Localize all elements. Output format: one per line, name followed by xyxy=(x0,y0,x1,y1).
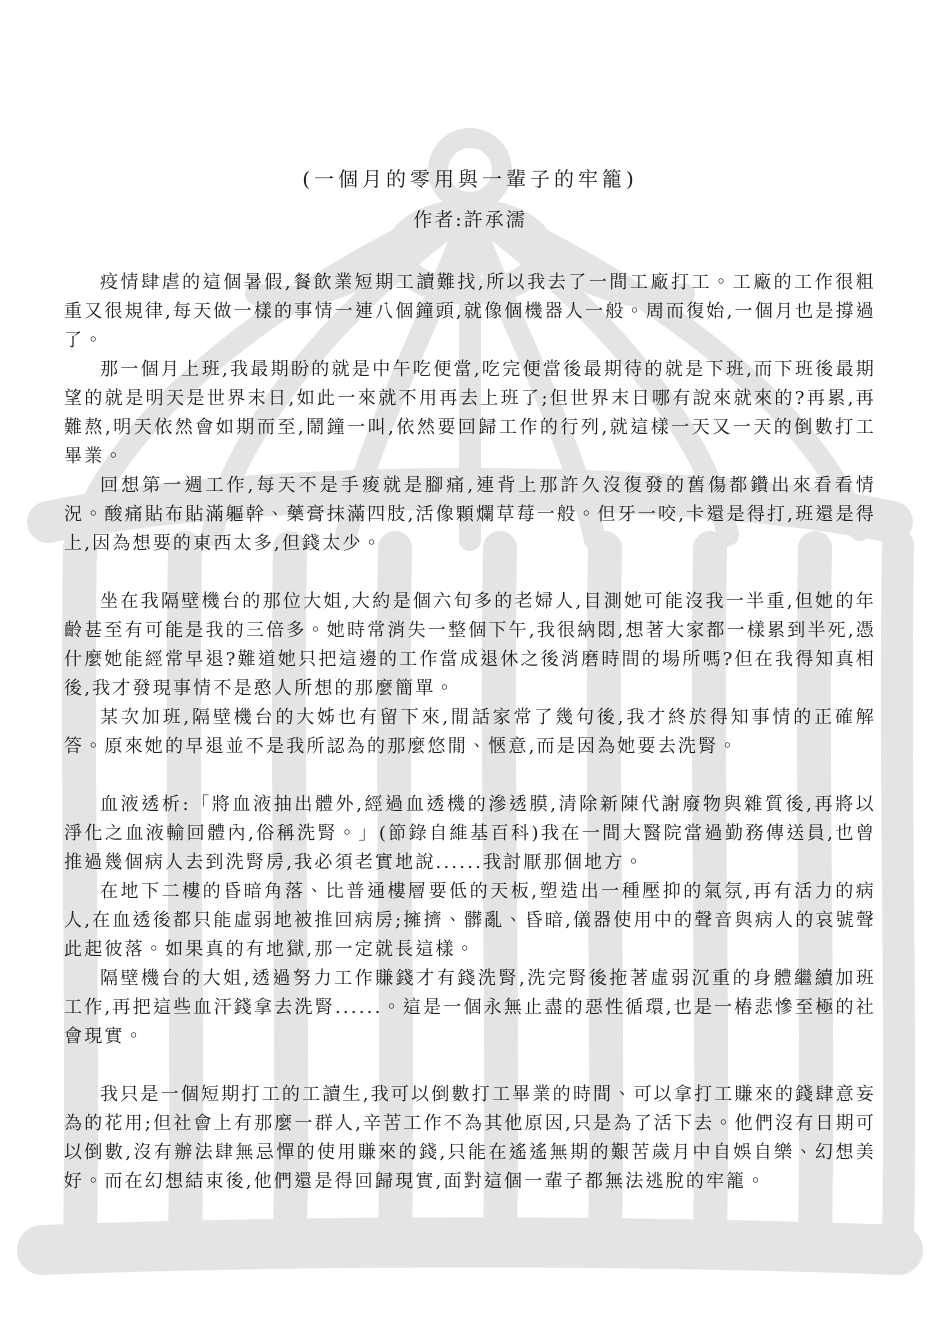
essay-paragraph: 回想第一週工作,每天不是手痠就是腳痛,連背上那許久沒復發的舊傷都鑽出來看看情況。… xyxy=(64,471,876,558)
essay-paragraph: 那一個月上班,我最期盼的就是中午吃便當,吃完便當後最期待的就是下班,而下班後最期… xyxy=(64,355,876,471)
essay-section: 血液透析:「將血液抽出體外,經過血透機的滲透膜,清除新陳代謝廢物與雜質後,再將以… xyxy=(64,790,876,1051)
essay-paragraph: 坐在我隔壁機台的那位大姐,大約是個六旬多的老婦人,目測她可能沒我一半重,但她的年… xyxy=(64,587,876,703)
page-title: (一個月的零用與一輩子的牢籠) xyxy=(64,163,876,192)
essay-paragraph: 隔壁機台的大姐,透過努力工作賺錢才有錢洗腎,洗完腎後拖著虛弱沉重的身體繼續加班工… xyxy=(64,964,876,1051)
essay-paragraph: 疫情肆虐的這個暑假,餐飲業短期工讀難找,所以我去了一間工廠打工。工廠的工作很粗重… xyxy=(64,268,876,355)
essay-content: (一個月的零用與一輩子的牢籠) 作者:許承濡 疫情肆虐的這個暑假,餐飲業短期工讀… xyxy=(0,0,940,1196)
essay-paragraph: 血液透析:「將血液抽出體外,經過血透機的滲透膜,清除新陳代謝廢物與雜質後,再將以… xyxy=(64,790,876,877)
essay-section: 我只是一個短期打工的工讀生,我可以倒數打工畢業的時間、可以拿打工賺來的錢肆意妄為… xyxy=(64,1080,876,1196)
essay-paragraph: 某次加班,隔壁機台的大姊也有留下來,閒話家常了幾句後,我才終於得知事情的正確解答… xyxy=(64,703,876,761)
essay-section: 疫情肆虐的這個暑假,餐飲業短期工讀難找,所以我去了一間工廠打工。工廠的工作很粗重… xyxy=(64,268,876,558)
document-page: (一個月的零用與一輩子的牢籠) 作者:許承濡 疫情肆虐的這個暑假,餐飲業短期工讀… xyxy=(0,0,940,1340)
essay-paragraph: 我只是一個短期打工的工讀生,我可以倒數打工畢業的時間、可以拿打工賺來的錢肆意妄為… xyxy=(64,1080,876,1196)
essay-paragraph: 在地下二樓的昏暗角落、比普通樓層要低的天板,塑造出一種壓抑的氣氛,再有活力的病人… xyxy=(64,877,876,964)
author-line: 作者:許承濡 xyxy=(64,205,876,232)
essay-section: 坐在我隔壁機台的那位大姐,大約是個六旬多的老婦人,目測她可能沒我一半重,但她的年… xyxy=(64,587,876,761)
